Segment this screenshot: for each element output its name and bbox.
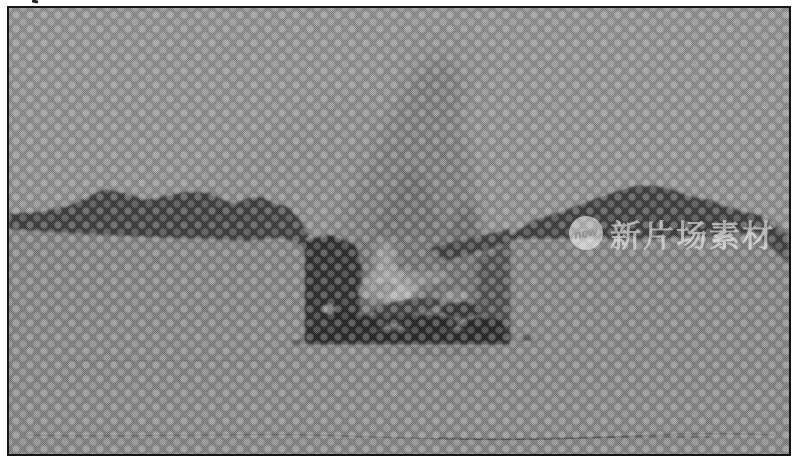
- photo-scene: [9, 8, 789, 454]
- film-grain: [9, 8, 789, 454]
- photo-frame: new 新片场素材: [7, 6, 791, 456]
- page-background: new 新片场素材: [0, 0, 800, 465]
- print-speck: [32, 0, 38, 4]
